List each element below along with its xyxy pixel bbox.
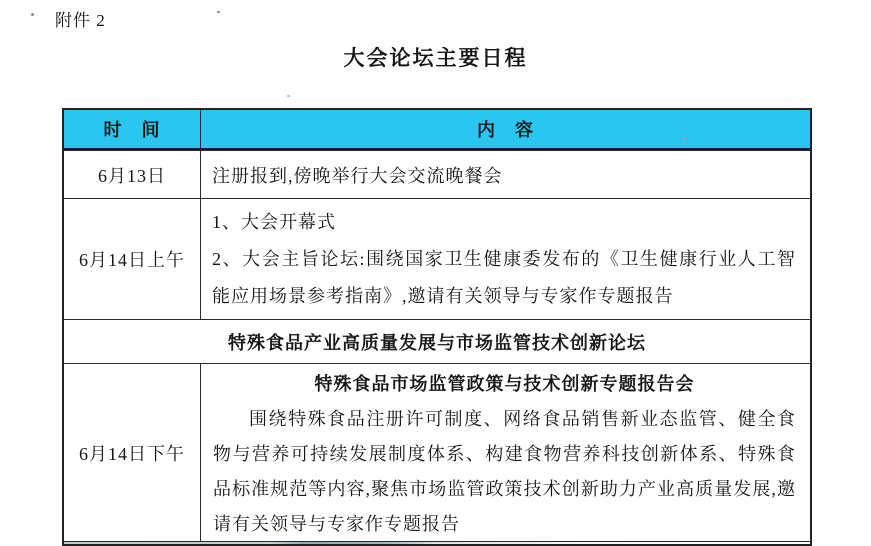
table-row-june14-afternoon: 6月14日下午 特殊食品市场监管政策与技术创新专题报告会 围绕特殊食品注册许可制… bbox=[64, 363, 810, 541]
table-row-forum-banner: 特殊食品产业高质量发展与市场监管技术创新论坛 bbox=[64, 319, 810, 363]
scan-speck bbox=[31, 13, 34, 16]
content-cell-june14-morning: 1、大会开幕式 2、大会主旨论坛:围绕国家卫生健康委发布的《卫生健康行业人工智能… bbox=[201, 199, 810, 319]
table-row-june14-morning: 6月14日上午 1、大会开幕式 2、大会主旨论坛:围绕国家卫生健康委发布的《卫生… bbox=[64, 198, 810, 319]
scan-speck bbox=[287, 95, 290, 97]
report-session-paragraph: 围绕特殊食品注册许可制度、网络食品销售新业态监管、健全食物与营养可持续发展制度体… bbox=[213, 402, 796, 542]
time-cell-june13: 6月13日 bbox=[64, 151, 201, 198]
content-cell-june14-afternoon: 特殊食品市场监管政策与技术创新专题报告会 围绕特殊食品注册许可制度、网络食品销售… bbox=[201, 364, 810, 541]
document-page: 附件 2 大会论坛主要日程 时 间 内 容 6月13日 注册报到,傍晚举行大会交… bbox=[0, 0, 871, 546]
time-cell-june14-afternoon: 6月14日下午 bbox=[64, 364, 201, 541]
header-cell-content: 内 容 bbox=[201, 110, 810, 148]
report-session-heading: 特殊食品市场监管政策与技术创新专题报告会 bbox=[213, 367, 796, 402]
content-cell-june13: 注册报到,傍晚举行大会交流晚餐会 bbox=[201, 151, 810, 198]
page-title: 大会论坛主要日程 bbox=[0, 42, 871, 72]
agenda-item-opening: 1、大会开幕式 bbox=[212, 204, 796, 241]
table-row-june13: 6月13日 注册报到,傍晚举行大会交流晚餐会 bbox=[64, 150, 810, 198]
scan-speck bbox=[217, 11, 220, 13]
forum-banner-text: 特殊食品产业高质量发展与市场监管技术创新论坛 bbox=[64, 329, 810, 355]
time-cell-june14-morning: 6月14日上午 bbox=[64, 199, 201, 319]
attachment-label: 附件 2 bbox=[55, 6, 106, 31]
agenda-item-keynote: 2、大会主旨论坛:围绕国家卫生健康委发布的《卫生健康行业人工智能应用场景参考指南… bbox=[212, 241, 796, 315]
header-cell-time: 时 间 bbox=[64, 110, 201, 148]
schedule-table: 时 间 内 容 6月13日 注册报到,傍晚举行大会交流晚餐会 6月14日上午 1… bbox=[62, 108, 812, 546]
cutoff-next-row-strip bbox=[64, 541, 810, 544]
scan-speck bbox=[683, 138, 686, 140]
table-header-row: 时 间 内 容 bbox=[64, 110, 810, 150]
